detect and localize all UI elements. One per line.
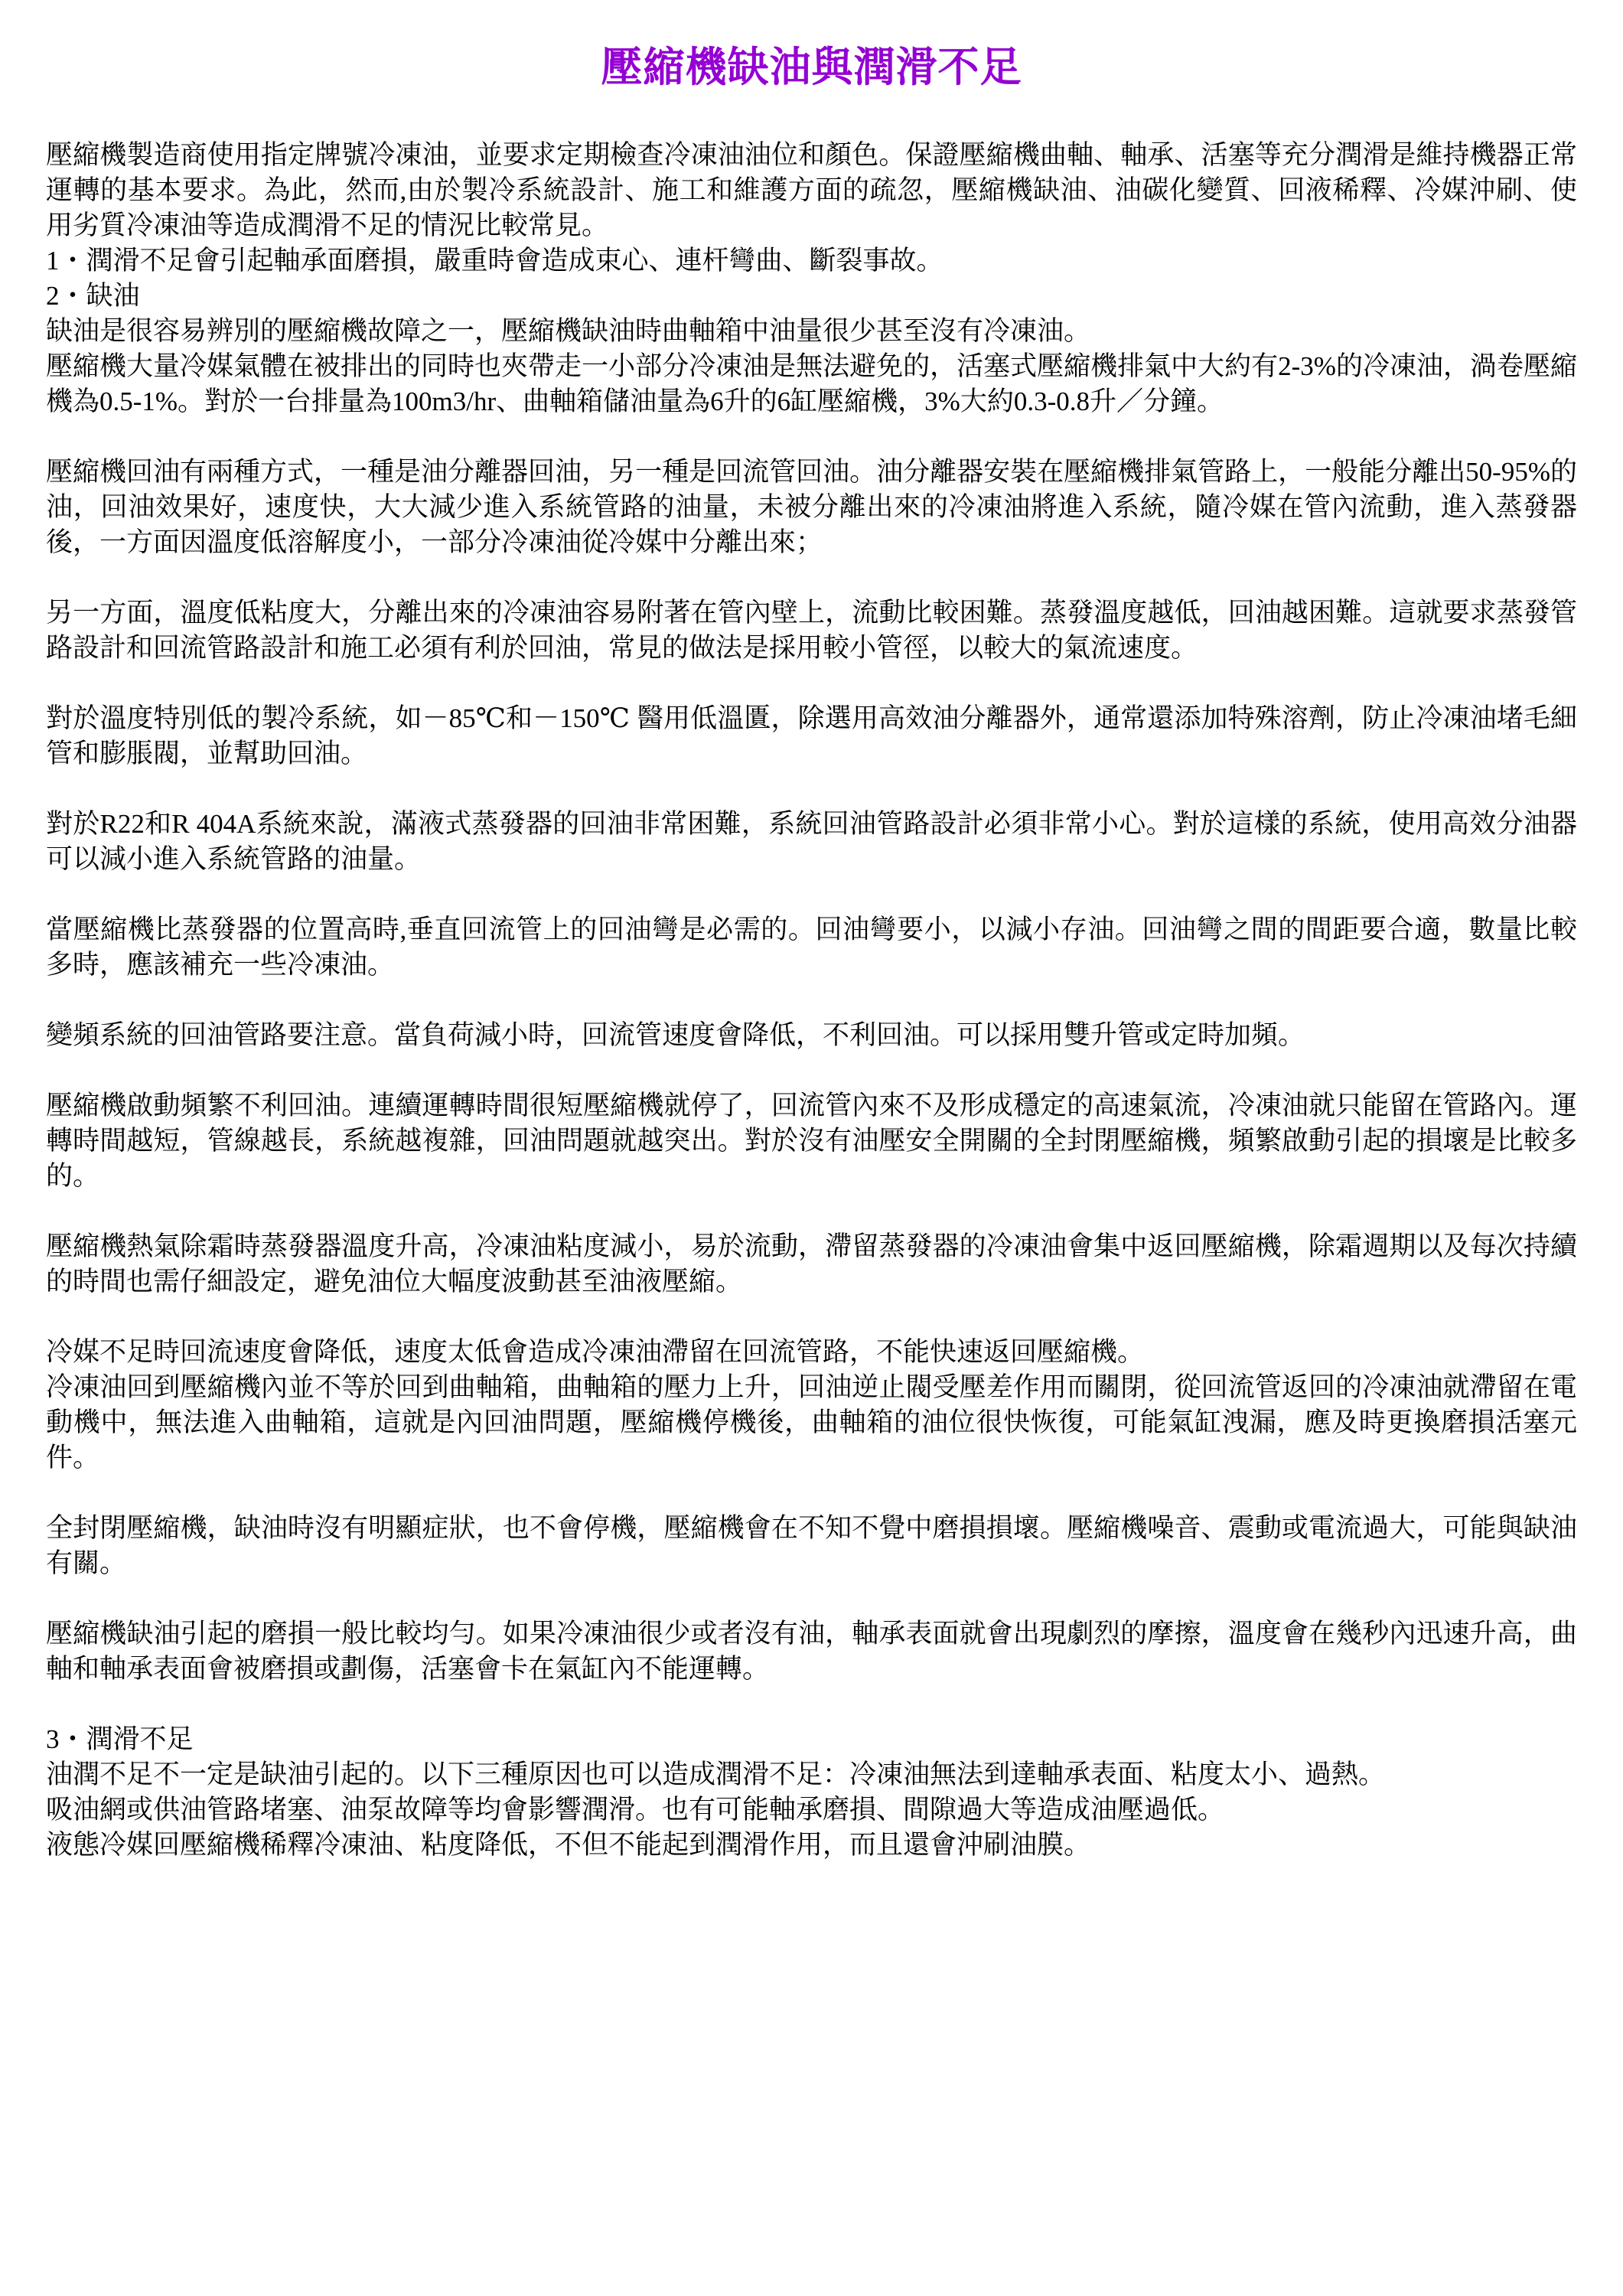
page-title: 壓縮機缺油與潤滑不足 [46, 40, 1577, 95]
text-block: 壓縮機回油有兩種方式，一種是油分離器回油，另一種是回流管回油。油分離器安裝在壓縮… [46, 455, 1577, 560]
text-block: 壓縮機熱氣除霜時蒸發器溫度升高，冷凍油粘度減小，易於流動，滯留蒸發器的冷凍油會集… [46, 1229, 1577, 1300]
paragraph: 另一方面，溫度低粘度大，分離出來的冷凍油容易附著在管內壁上，流動比較困難。蒸發溫… [46, 595, 1577, 666]
text-block: 另一方面，溫度低粘度大，分離出來的冷凍油容易附著在管內壁上，流動比較困難。蒸發溫… [46, 595, 1577, 666]
paragraph: 吸油網或供油管路堵塞、油泵故障等均會影響潤滑。也有可能軸承磨損、間隙過大等造成油… [46, 1792, 1577, 1828]
document-body: 壓縮機製造商使用指定牌號冷凍油，並要求定期檢查冷凍油油位和顏色。保證壓縮機曲軸、… [46, 138, 1577, 1863]
paragraph: 壓縮機啟動頻繁不利回油。連續運轉時間很短壓縮機就停了，回流管內來不及形成穩定的高… [46, 1088, 1577, 1194]
paragraph: 壓縮機製造商使用指定牌號冷凍油，並要求定期檢查冷凍油油位和顏色。保證壓縮機曲軸、… [46, 138, 1577, 243]
paragraph: 壓縮機缺油引起的磨損一般比較均勻。如果冷凍油很少或者沒有油，軸承表面就會出現劇烈… [46, 1616, 1577, 1687]
paragraph: 1・潤滑不足會引起軸承面磨損，嚴重時會造成束心、連杆彎曲、斷裂事故。 [46, 243, 1577, 279]
paragraph: 缺油是很容易辨別的壓縮機故障之一，壓縮機缺油時曲軸箱中油量很少甚至沒有冷凍油。 [46, 314, 1577, 349]
text-block: 壓縮機製造商使用指定牌號冷凍油，並要求定期檢查冷凍油油位和顏色。保證壓縮機曲軸、… [46, 138, 1577, 419]
text-block: 壓縮機啟動頻繁不利回油。連續運轉時間很短壓縮機就停了，回流管內來不及形成穩定的高… [46, 1088, 1577, 1194]
paragraph: 壓縮機大量冷媒氣體在被排出的同時也夾帶走一小部分冷凍油是無法避免的，活塞式壓縮機… [46, 349, 1577, 419]
paragraph: 2・缺油 [46, 279, 1577, 314]
paragraph: 對於溫度特別低的製冷系統，如－85℃和－150℃ 醫用低溫匱，除選用高效油分離器… [46, 701, 1577, 771]
text-block: 全封閉壓縮機，缺油時沒有明顯症狀，也不會停機，壓縮機會在不知不覺中磨損損壞。壓縮… [46, 1511, 1577, 1581]
text-block: 壓縮機缺油引起的磨損一般比較均勻。如果冷凍油很少或者沒有油，軸承表面就會出現劇烈… [46, 1616, 1577, 1687]
paragraph: 變頻系統的回油管路要注意。當負荷減小時，回流管速度會降低，不利回油。可以採用雙升… [46, 1018, 1577, 1053]
text-block: 當壓縮機比蒸發器的位置高時,垂直回流管上的回油彎是必需的。回油彎要小，以減小存油… [46, 912, 1577, 983]
paragraph: 全封閉壓縮機，缺油時沒有明顯症狀，也不會停機，壓縮機會在不知不覺中磨損損壞。壓縮… [46, 1511, 1577, 1581]
paragraph: 壓縮機回油有兩種方式，一種是油分離器回油，另一種是回流管回油。油分離器安裝在壓縮… [46, 455, 1577, 560]
text-block: 對於溫度特別低的製冷系統，如－85℃和－150℃ 醫用低溫匱，除選用高效油分離器… [46, 701, 1577, 771]
text-block: 對於R22和R 404A系統來說，滿液式蒸發器的回油非常困難，系統回油管路設計必… [46, 807, 1577, 877]
paragraph: 液態冷媒回壓縮機稀釋冷凍油、粘度降低，不但不能起到潤滑作用，而且還會沖刷油膜。 [46, 1828, 1577, 1863]
paragraph: 3・潤滑不足 [46, 1722, 1577, 1757]
paragraph: 壓縮機熱氣除霜時蒸發器溫度升高，冷凍油粘度減小，易於流動，滯留蒸發器的冷凍油會集… [46, 1229, 1577, 1300]
paragraph: 冷媒不足時回流速度會降低，速度太低會造成冷凍油滯留在回流管路，不能快速返回壓縮機… [46, 1335, 1577, 1370]
document-page: 壓縮機缺油與潤滑不足 壓縮機製造商使用指定牌號冷凍油，並要求定期檢查冷凍油油位和… [0, 0, 1623, 1863]
paragraph: 當壓縮機比蒸發器的位置高時,垂直回流管上的回油彎是必需的。回油彎要小，以減小存油… [46, 912, 1577, 983]
text-block: 變頻系統的回油管路要注意。當負荷減小時，回流管速度會降低，不利回油。可以採用雙升… [46, 1018, 1577, 1053]
paragraph: 油潤不足不一定是缺油引起的。以下三種原因也可以造成潤滑不足：冷凍油無法到達軸承表… [46, 1757, 1577, 1792]
text-block: 冷媒不足時回流速度會降低，速度太低會造成冷凍油滯留在回流管路，不能快速返回壓縮機… [46, 1335, 1577, 1476]
paragraph: 對於R22和R 404A系統來說，滿液式蒸發器的回油非常困難，系統回油管路設計必… [46, 807, 1577, 877]
paragraph: 冷凍油回到壓縮機內並不等於回到曲軸箱，曲軸箱的壓力上升，回油逆止閥受壓差作用而關… [46, 1370, 1577, 1476]
text-block: 3・潤滑不足油潤不足不一定是缺油引起的。以下三種原因也可以造成潤滑不足：冷凍油無… [46, 1722, 1577, 1863]
